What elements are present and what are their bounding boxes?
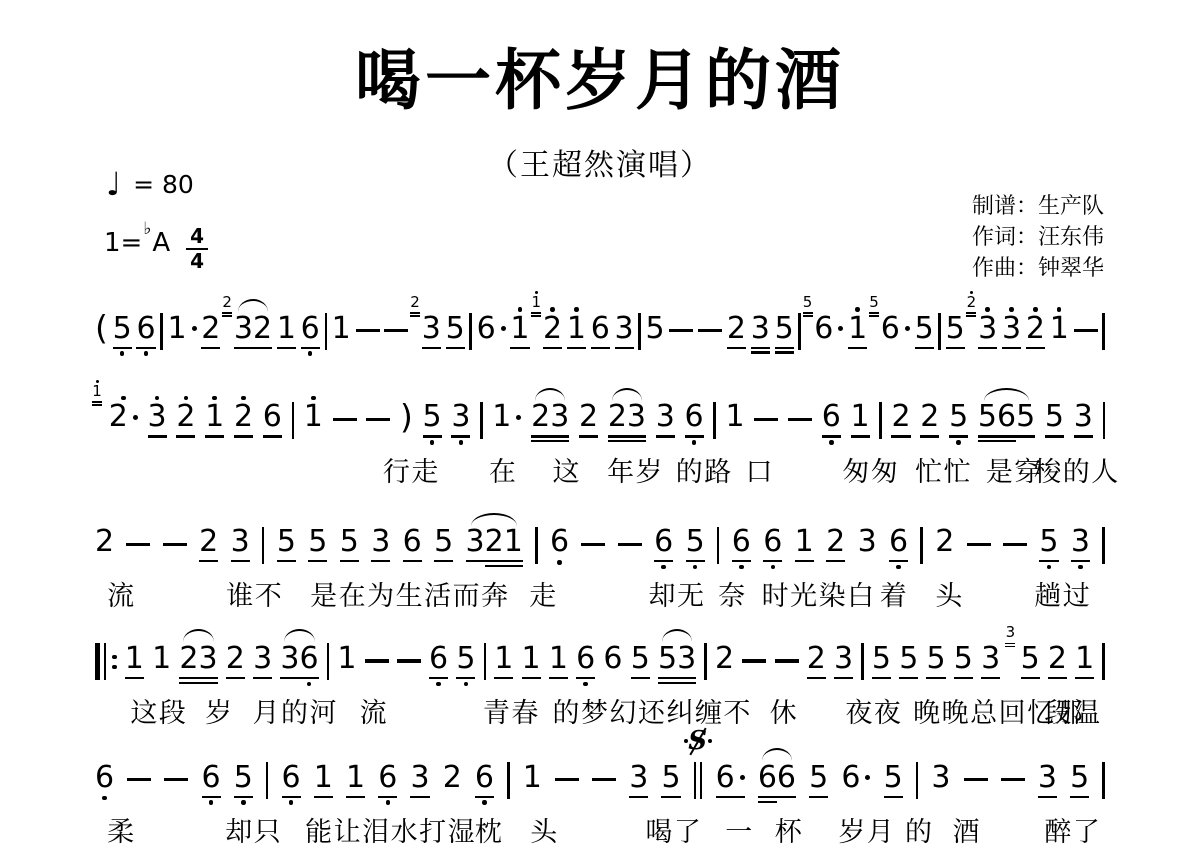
note: 1 <box>494 636 513 679</box>
score-symbol: 6 <box>378 762 397 794</box>
score-symbol <box>684 739 688 743</box>
note-digit: 5 <box>658 643 677 675</box>
dash-rest <box>788 395 812 421</box>
barline <box>713 402 715 439</box>
barline <box>1102 762 1104 799</box>
score-symbol: 6 <box>603 643 622 675</box>
note: 5 <box>456 636 475 687</box>
duration-underline <box>1026 347 1045 349</box>
score-symbol <box>1001 778 1025 781</box>
note: 6 <box>282 755 301 806</box>
score-symbol: 1 <box>92 384 102 400</box>
note-digit: 1 <box>152 643 171 675</box>
note: 1 <box>510 306 529 349</box>
flat-icon: ♭ <box>143 219 151 239</box>
note: 3 <box>751 306 770 354</box>
duration-underline <box>591 347 610 349</box>
octave-dot-above <box>511 521 516 526</box>
score-symbol <box>713 402 715 439</box>
duration-underline <box>176 435 195 437</box>
duration-underline <box>1075 677 1094 679</box>
note-digit: 5 <box>946 313 965 345</box>
barline <box>879 402 881 439</box>
duration-underline <box>777 796 796 798</box>
note: 5 <box>978 395 997 443</box>
score-symbol: 5 <box>308 526 327 558</box>
duration-underline <box>803 315 813 317</box>
barline <box>1102 527 1104 564</box>
note: 6 <box>95 755 114 801</box>
note: 3 <box>677 636 696 684</box>
note-digit: 5 <box>686 526 705 558</box>
note-digit: 5 <box>775 313 794 345</box>
dash-rest <box>127 755 151 781</box>
note: 6 <box>777 755 796 798</box>
dash-rest <box>967 520 991 546</box>
duration-underline <box>758 796 777 798</box>
note-digit: 6 <box>403 526 422 558</box>
note: 3 <box>981 636 1000 679</box>
lyric-syllable: 段温 <box>1044 691 1101 730</box>
score-symbol: 2 <box>109 401 128 433</box>
score-symbol: 1 <box>167 313 186 345</box>
grace-note: 5 <box>869 290 879 317</box>
note-digit: 2 <box>179 643 198 675</box>
score-symbol <box>397 659 421 662</box>
barline <box>266 762 268 799</box>
note-digit: 3 <box>834 643 853 675</box>
note-digit: 1 <box>346 762 365 794</box>
score-symbol: 2 <box>226 643 245 675</box>
note: 6 <box>202 755 221 806</box>
score-symbol <box>262 527 264 564</box>
note: 2 <box>826 520 845 563</box>
note: 2 <box>226 636 245 679</box>
note-digit: 2 <box>234 401 253 433</box>
note-digit: 3 <box>931 762 950 794</box>
lyric-syllable: 口 <box>745 450 774 489</box>
score-symbol: 2 <box>234 401 253 433</box>
segno-icon: S <box>685 726 711 757</box>
octave-dot-below <box>661 565 666 570</box>
note: 6 <box>732 520 751 571</box>
score-symbol <box>480 402 482 439</box>
score-symbol: 3 <box>751 313 770 345</box>
note-digit: 6 <box>822 401 841 433</box>
duration-underline <box>113 347 132 349</box>
note: 1 <box>152 636 171 674</box>
note-digit: 3 <box>978 313 997 345</box>
score-symbol: 5 <box>1039 526 1058 558</box>
barline <box>704 643 706 680</box>
duration-underline <box>531 312 541 314</box>
grace-note: 3 <box>1005 620 1015 647</box>
octave-dot-below <box>430 440 435 445</box>
note-digit: 3 <box>615 313 634 345</box>
barline <box>484 643 486 680</box>
score-symbol: 2 <box>579 401 598 433</box>
score-symbol: 3 <box>656 401 675 433</box>
note: 2 <box>543 306 562 349</box>
score-symbol: 6 <box>591 313 610 345</box>
score-symbol <box>920 527 922 564</box>
score-symbol <box>1102 527 1104 564</box>
note: 3 <box>550 395 569 443</box>
note-digit: 6 <box>685 401 704 433</box>
score-symbol: 1 <box>332 313 351 345</box>
note: 1 <box>1075 636 1094 679</box>
duration-underline <box>826 560 845 562</box>
lyric-syllable: 流 <box>107 574 136 613</box>
score-symbol <box>95 643 100 680</box>
note: 1 <box>504 520 523 568</box>
note-digit: 1 <box>795 526 814 558</box>
note-digit: 2 <box>935 526 954 558</box>
score-symbol <box>366 418 390 421</box>
music-system-3: 223555365321665661236253流谁不是在为生活而奔走却无奈时光… <box>95 520 1105 611</box>
lyrics-row: 柔却只能让泪水打湿枕头喝了一杯岁月的酒醉了 <box>95 810 1105 846</box>
score-symbol: 2 <box>543 313 562 345</box>
note: 6 <box>378 755 397 806</box>
note: 6 <box>763 520 782 571</box>
note-digit: 5 <box>113 313 132 345</box>
lyric-syllable: 的梦幻还纠 <box>553 691 696 730</box>
note: 5 <box>646 306 665 344</box>
score-symbol: 5 <box>926 643 945 675</box>
note: 5 <box>446 306 465 349</box>
duration-underline <box>346 796 365 798</box>
repeat-start-barline <box>95 643 117 680</box>
duration-underline <box>504 565 523 567</box>
score-symbol <box>104 643 106 680</box>
note-digit: 3 <box>280 643 299 675</box>
score-symbol <box>754 418 778 421</box>
duration-underline <box>280 677 299 679</box>
score-symbol: 5 <box>646 313 665 345</box>
note-digit: 6 <box>758 762 777 794</box>
note-digit: 2 <box>443 762 462 794</box>
tempo-value: = 80 <box>133 170 194 199</box>
dash-rest <box>163 520 187 546</box>
lyric-syllable: 是在为生活而奔 <box>310 574 510 613</box>
grace-note: 5 <box>803 290 813 317</box>
note: 3 <box>629 755 648 798</box>
slur-group: 23 <box>531 395 569 443</box>
notes-row: (561223216123561121635235561565523321 <box>95 306 1105 357</box>
duration-underline <box>1070 796 1089 798</box>
note: 2 <box>531 395 550 443</box>
score-symbol <box>694 762 696 799</box>
note: 6 <box>591 306 610 349</box>
duration-underline <box>872 677 891 679</box>
score-symbol: 3 <box>550 401 569 433</box>
score-symbol: 1 <box>152 643 171 675</box>
score-symbol: 3 <box>834 643 853 675</box>
dash-rest <box>669 306 693 332</box>
octave-dot-above <box>634 396 639 401</box>
augmentation-dot <box>192 326 197 331</box>
score-symbol: 3 <box>198 643 217 675</box>
note-digit: 5 <box>872 643 891 675</box>
lyric-syllable: 趟过 <box>1034 574 1091 613</box>
score-symbol <box>879 402 881 439</box>
note-digit: 5 <box>1016 401 1035 433</box>
note: 1 <box>523 755 542 793</box>
lyrics-row: 行走在这年岁的路口匆匆忙忙是穿梭的人 <box>95 450 1105 486</box>
note: 5 <box>775 306 794 354</box>
note: 3 <box>1038 755 1057 798</box>
score-symbol <box>916 762 918 799</box>
duration-underline <box>179 682 198 684</box>
octave-dot-below <box>896 565 901 570</box>
note-digit: 1 <box>549 643 568 675</box>
note-digit: 5 <box>456 643 475 675</box>
duration-underline <box>456 677 475 679</box>
note-digit: 1 <box>494 643 513 675</box>
credits-block: 制谱：生产队 作词：汪东伟 作曲：钟翠华 <box>972 190 1104 284</box>
score-symbol: 5 <box>869 295 879 311</box>
duration-underline <box>125 677 144 679</box>
lyric-syllable: 却只 <box>225 810 282 849</box>
duration-underline <box>954 677 973 679</box>
note-digit: 3 <box>656 401 675 433</box>
dash-rest <box>1001 755 1025 781</box>
lyric-syllable: 梭的人 <box>1034 450 1120 489</box>
lyric-syllable: 时光染白 <box>762 574 876 613</box>
duration-underline <box>201 347 220 349</box>
octave-dot-above <box>307 637 312 642</box>
score-symbol: 5 <box>631 643 650 675</box>
lyric-syllable: 月的河 <box>253 691 339 730</box>
lyric-syllable: 夜夜 <box>845 691 902 730</box>
octave-dot-above <box>241 307 246 312</box>
score-symbol <box>160 313 162 350</box>
note: 2 <box>443 755 462 793</box>
duration-underline <box>1071 560 1090 562</box>
score-symbol: 1 <box>851 401 870 433</box>
augmentation-dot <box>501 326 506 331</box>
score-symbol: 5 <box>1016 401 1035 433</box>
note: 3 <box>253 636 272 679</box>
note: 1 <box>346 755 365 798</box>
note: 6 <box>263 395 282 438</box>
repeat-dots <box>112 643 116 680</box>
note-digit: 1 <box>531 295 541 311</box>
note-digit: 5 <box>954 643 973 675</box>
duration-underline <box>308 560 327 562</box>
barline <box>1102 313 1104 350</box>
note-digit: 5 <box>234 762 253 794</box>
score-symbol: 1 <box>1050 313 1069 345</box>
note: 5 <box>277 520 296 563</box>
notes-row: 223555365321665661236253 <box>95 520 1105 571</box>
octave-dot-below <box>739 565 744 570</box>
dash-rest <box>1003 520 1027 546</box>
augmentation-dot <box>905 326 910 331</box>
lyric-syllable: 谁不 <box>226 574 283 613</box>
quarter-note-icon: ♩ <box>106 168 121 200</box>
duration-underline <box>795 560 814 562</box>
score-symbol: 6 <box>654 526 673 558</box>
grace-note: 1 <box>531 290 541 317</box>
note-digit: 2 <box>410 295 420 311</box>
augmentation-dot <box>838 326 843 331</box>
note: 6 <box>654 520 673 571</box>
note: 2 <box>253 306 272 349</box>
duration-underline <box>1038 796 1057 798</box>
score-symbol: 1 <box>277 313 296 345</box>
note: 2 <box>1026 306 1045 349</box>
duration-underline <box>629 796 648 798</box>
note-digit: 3 <box>629 762 648 794</box>
score-symbol: 6 <box>716 762 735 794</box>
note-digit: 3 <box>234 313 253 345</box>
score-symbol: 3 <box>148 401 167 433</box>
note-digit: 6 <box>378 762 397 794</box>
note-digit: 5 <box>1070 762 1089 794</box>
score-symbol: 2 <box>199 526 218 558</box>
score-symbol: 5 <box>277 526 296 558</box>
score-symbol: 2 <box>485 526 504 558</box>
lyric-syllable: 着 <box>880 574 909 613</box>
duration-underline <box>978 435 997 437</box>
note: 3 <box>1071 520 1090 571</box>
dash-rest <box>384 306 408 332</box>
note: 5 <box>884 755 903 798</box>
note-digit: 3 <box>981 643 1000 675</box>
time-signature: 4 4 <box>186 226 208 272</box>
duration-underline <box>889 560 908 562</box>
score-symbol: 1 <box>848 313 867 345</box>
lyric-syllable: 忙忙 <box>915 450 972 489</box>
note: 5 <box>809 755 828 798</box>
note: 5 <box>954 636 973 679</box>
note-digit: 5 <box>340 526 359 558</box>
score-symbol: 5 <box>661 762 680 794</box>
note: 1 <box>314 755 333 798</box>
note-digit: 1 <box>567 313 586 345</box>
duration-underline <box>263 435 282 437</box>
barline <box>535 527 537 564</box>
note-digit: 5 <box>869 295 879 311</box>
note-digit: 2 <box>608 401 627 433</box>
note-digit: 6 <box>732 526 751 558</box>
octave-dot-below <box>1078 565 1083 570</box>
lyric-syllable: 枕 <box>475 810 504 849</box>
note: 5 <box>1045 395 1064 438</box>
octave-dot-below <box>557 560 562 565</box>
score-symbol: 5 <box>775 313 794 345</box>
score-symbol: 5 <box>456 643 475 675</box>
duration-underline <box>631 677 650 679</box>
note-digit: 2 <box>226 643 245 675</box>
duration-underline <box>915 347 934 349</box>
key-letter: A <box>152 228 170 258</box>
score-symbol: 5 <box>234 762 253 794</box>
duration-underline <box>1016 435 1035 437</box>
slur-group: 565 <box>978 395 1035 443</box>
score-symbol <box>126 543 150 546</box>
duration-underline <box>504 560 523 562</box>
score-symbol: 1 <box>531 295 541 311</box>
lyric-syllable: 醉了 <box>1044 810 1101 849</box>
slur-group: 23 <box>179 636 217 684</box>
duration-underline <box>732 560 751 562</box>
note: 6 <box>576 636 595 687</box>
duration-underline <box>1002 347 1021 349</box>
note-digit: 2 <box>807 643 826 675</box>
note: 3 <box>451 395 470 446</box>
score-symbol: 2 <box>1026 313 1045 345</box>
note: 1 <box>795 520 814 563</box>
score-symbol: 1 <box>337 643 356 675</box>
lyric-syllable: 头 <box>935 574 964 613</box>
score-symbol: 2 <box>531 401 550 433</box>
note: 3 <box>466 520 485 563</box>
score-symbol: 1 <box>522 643 541 675</box>
note: 5 <box>1039 520 1058 571</box>
duration-underline <box>222 312 232 314</box>
note: 1 <box>492 395 521 433</box>
duration-underline <box>848 347 867 349</box>
note-digit: 6 <box>263 401 282 433</box>
score-symbol: 6 <box>263 401 282 433</box>
barline <box>916 762 918 799</box>
duration-underline <box>869 312 879 314</box>
duration-underline <box>277 560 296 562</box>
octave-dot-below <box>144 351 149 356</box>
lyric-syllable: 在 <box>489 450 518 489</box>
score-symbol <box>717 527 719 564</box>
octave-dot-below <box>307 682 312 687</box>
score-symbol: 1 <box>504 526 523 558</box>
duration-underline <box>1005 646 1015 648</box>
duration-underline <box>899 677 918 679</box>
octave-dot-below <box>693 565 698 570</box>
score-symbol: 2 <box>727 313 746 345</box>
octave-dot-above <box>1004 396 1009 401</box>
note: 6 <box>136 306 155 357</box>
duration-underline <box>234 347 253 349</box>
lyric-syllable: 这段 <box>130 691 187 730</box>
note-digit: 1 <box>1075 643 1094 675</box>
duration-underline <box>522 677 541 679</box>
note: 1 <box>304 395 323 433</box>
score-symbol <box>967 543 991 546</box>
note-digit: 6 <box>475 762 494 794</box>
note-digit: 6 <box>591 313 610 345</box>
duration-underline <box>466 560 485 562</box>
octave-dot-above <box>492 521 497 526</box>
dash-rest <box>1074 306 1098 332</box>
score-symbol: 3 <box>253 643 272 675</box>
note: 6 <box>814 306 843 344</box>
barline <box>861 643 863 680</box>
duration-underline <box>202 796 221 798</box>
duration-underline <box>1045 435 1064 437</box>
score-symbol: 6 <box>889 526 908 558</box>
note: 3 <box>858 520 877 558</box>
score-symbol: 5 <box>1021 643 1040 675</box>
note: 1 <box>851 395 870 438</box>
grace-note: 2 <box>966 290 976 317</box>
music-system-4: 1123233616511166553223555533521这段岁月的河流青春… <box>95 636 1105 727</box>
duration-underline <box>282 796 301 798</box>
augmentation-dot <box>865 775 870 780</box>
note-digit: 1 <box>510 313 529 345</box>
note-digit: 1 <box>332 313 351 345</box>
dash-rest <box>754 395 778 421</box>
